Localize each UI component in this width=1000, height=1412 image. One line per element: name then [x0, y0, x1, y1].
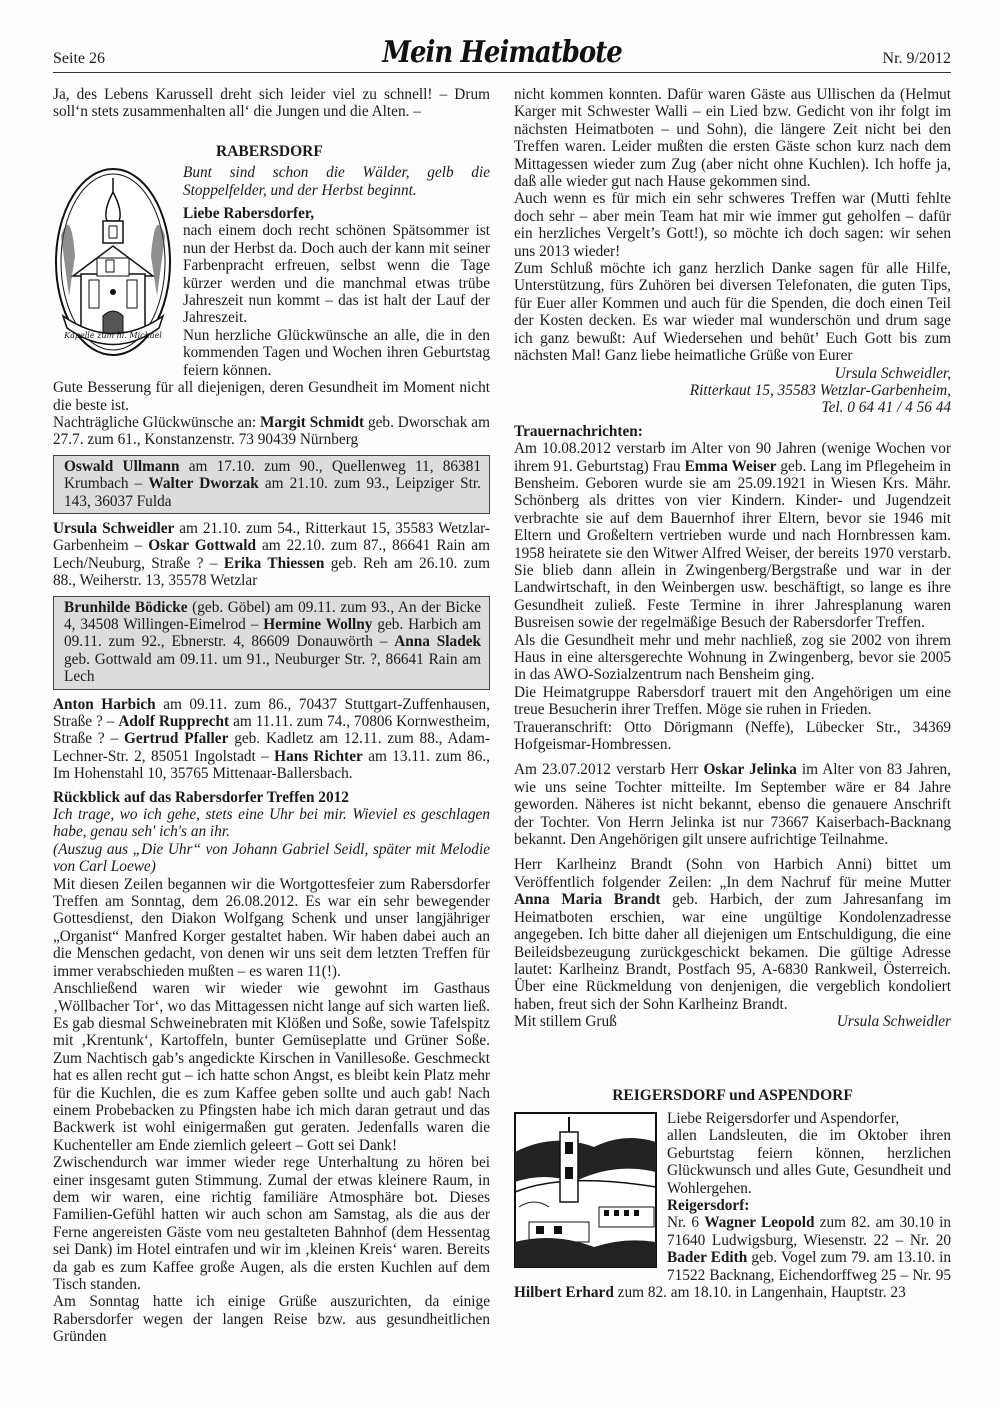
closing-text: Mit stillem Gruß: [514, 1013, 617, 1030]
get-well-wishes: Gute Besserung für all diejenigen, deren…: [53, 379, 490, 414]
left-column: Ja, des Lebens Karussell dreht sich leid…: [53, 86, 490, 1346]
chapel-icon: Kapelle zum hl. Michael: [53, 166, 173, 358]
masthead-logo: Mein Heimatbote: [382, 36, 622, 71]
closing-row: Mit stillem Gruß Ursula Schweidler: [514, 1013, 951, 1030]
signature-address: Ritterkaut 15, 35583 Wetzlar-Garbenheim,: [514, 382, 951, 399]
birthday-name: Wagner Leopold: [704, 1214, 814, 1231]
right-column: nicht kommen konnten. Dafür waren Gäste …: [514, 86, 951, 1301]
obituary-weiser-2: Als die Gesundheit mehr und mehr nachlie…: [514, 632, 951, 684]
review-paragraph-1: Mit diesen Zeilen begannen wir die Wortg…: [53, 876, 490, 980]
section-heading-reigersdorf: REIGERSDORF und ASPENDORF: [514, 1087, 951, 1104]
birthday-name: Hans Richter: [274, 748, 363, 765]
review-paragraph-2: Anschließend waren wir wieder wie gewohn…: [53, 980, 490, 1154]
review-paragraph-6: Zum Schluß möchte ich ganz herzlich Dank…: [514, 260, 951, 364]
deceased-name: Anna Maria Brandt: [514, 891, 660, 908]
birthday-name: Bader Edith: [667, 1249, 747, 1266]
village-icon: [514, 1112, 657, 1268]
birthday-name: Walter Dworzak: [148, 475, 258, 492]
obituary-weiser-3: Die Heimatgruppe Rabersdorf trauert mit …: [514, 684, 951, 719]
birthday-box-2: Brunhilde Bödicke (geb. Göbel) am 09.11.…: [53, 596, 490, 690]
signature-name: Ursula Schweidler,: [514, 365, 951, 382]
birthday-name: Ursula Schweidler: [53, 520, 174, 537]
review-paragraph-4: Am Sonntag hatte ich einige Grüße auszur…: [53, 1293, 490, 1345]
review-paragraph-3: Zwischendurch war immer wieder rege Unte…: [53, 1154, 490, 1293]
birthday-name: Erika Thiessen: [224, 555, 324, 572]
birthday-paragraph-2: Anton Harbich am 09.11. zum 86., 70437 S…: [53, 696, 490, 783]
belated-wishes: Nachträgliche Glückwünsche an: Margit Sc…: [53, 414, 490, 449]
review-quote: Ich trage, wo ich gehe, stets eine Uhr b…: [53, 806, 490, 841]
signature-phone: Tel. 0 64 41 / 4 56 44: [514, 399, 951, 416]
deceased-name: Oskar Jelinka: [704, 761, 797, 778]
obituary-jelinka: Am 23.07.2012 verstarb Herr Oskar Jelink…: [514, 761, 951, 848]
birthday-name: Oskar Gottwald: [148, 537, 256, 554]
birthday-name: Brunhilde Bödicke: [64, 599, 188, 616]
intro-text: Ja, des Lebens Karussell dreht sich leid…: [53, 86, 490, 121]
birthday-name: Margit Schmidt: [260, 414, 364, 431]
chapel-caption: Kapelle zum hl. Michael: [63, 331, 162, 340]
issue-number: Nr. 9/2012: [883, 50, 951, 68]
page-header: Seite 26 Mein Heimatbote Nr. 9/2012: [53, 44, 951, 73]
obituary-weiser-address: Traueranschrift: Otto Dörigmann (Neffe),…: [514, 719, 951, 754]
birthday-box-1: Oswald Ullmann am 17.10. zum 90., Quelle…: [53, 455, 490, 514]
birthday-name: Hermine Wollny: [263, 616, 372, 633]
review-quote-source: (Auszug aus „Die Uhr“ von Johann Gabriel…: [53, 841, 490, 876]
section-heading-rabersdorf: RABERSDORF: [216, 143, 490, 160]
deceased-name: Emma Weiser: [685, 458, 777, 475]
closing-signature: Ursula Schweidler: [837, 1013, 951, 1030]
birthday-name: Oswald Ullmann: [64, 458, 179, 475]
birthday-name: Adolf Rupprecht: [118, 713, 229, 730]
village-illustration: [514, 1112, 657, 1268]
chapel-illustration: Kapelle zum hl. Michael: [53, 166, 173, 358]
birthday-name: Anton Harbich: [53, 696, 156, 713]
birthday-paragraph-1: Ursula Schweidler am 21.10. zum 54., Rit…: [53, 520, 490, 590]
page-number: Seite 26: [53, 50, 105, 68]
review-title: Rückblick auf das Rabersdorfer Treffen 2…: [53, 789, 490, 806]
review-continuation: nicht kommen konnten. Dafür waren Gäste …: [514, 86, 951, 190]
obituaries-title: Trauernachrichten:: [514, 423, 951, 440]
notice-brandt: Herr Karlheinz Brandt (Sohn von Harbich …: [514, 856, 951, 1013]
birthday-name: Anna Sladek: [394, 633, 481, 650]
review-paragraph-5: Auch wenn es für mich ein sehr schweres …: [514, 190, 951, 260]
birthday-name: Gertrud Pfaller: [124, 730, 228, 747]
obituary-weiser: Am 10.08.2012 verstarb im Alter von 90 J…: [514, 440, 951, 631]
birthday-name: Hilbert Erhard: [514, 1284, 614, 1301]
